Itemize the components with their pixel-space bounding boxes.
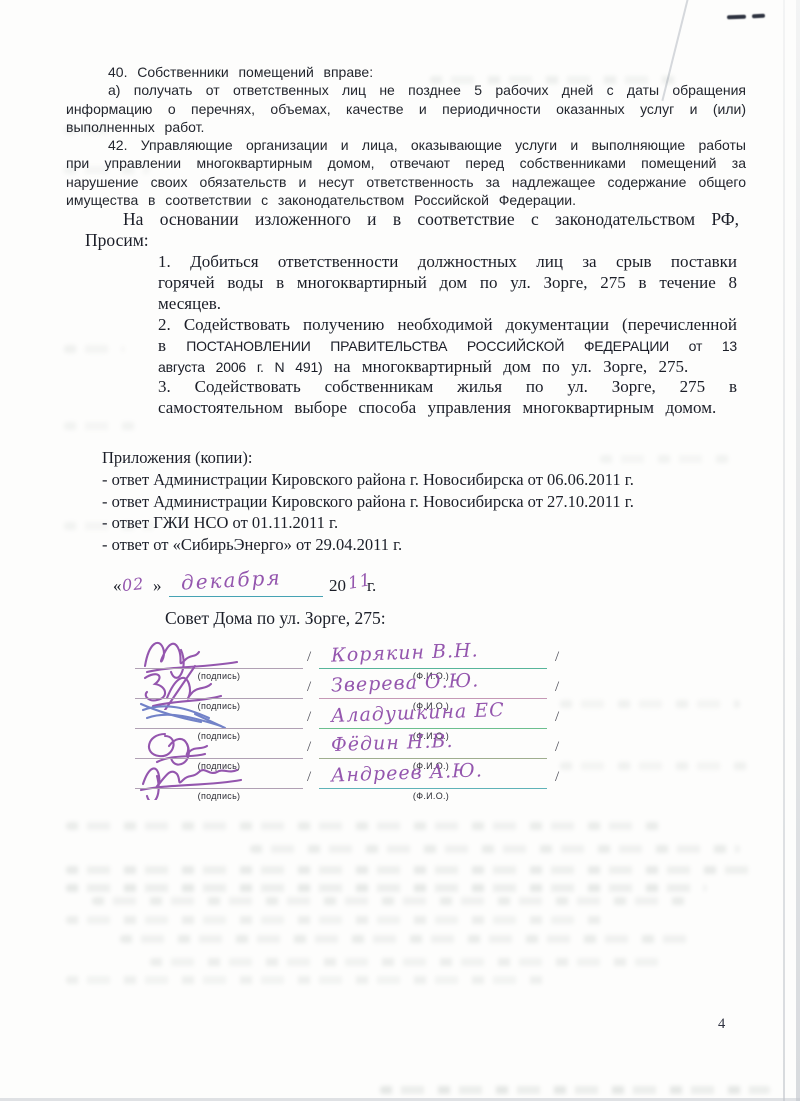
attachment-item: - ответ Администрации Кировского района … <box>102 469 750 491</box>
name-line <box>319 728 547 729</box>
clause-40-title: 40. Собственники помещений вправе: <box>66 63 746 81</box>
bleed-smudge <box>66 822 666 830</box>
separator-slash: / <box>555 769 559 786</box>
attachments-section: Приложения (копии): - ответ Администраци… <box>102 447 750 556</box>
attachment-item: - ответ Администрации Кировского района … <box>102 491 750 513</box>
bleed-smudge <box>92 897 692 905</box>
separator-slash: / <box>307 739 311 756</box>
signature-row: (подпись) / Андреев А.Ю. (Ф.И.О.) / <box>135 764 575 798</box>
petition-item-2-text-end: на многоквартирный дом по ул. Зорге, 275… <box>323 357 689 376</box>
separator-slash: / <box>307 679 311 696</box>
name-line <box>319 788 547 789</box>
clause-40-subitem-a: а) получать от ответственных лиц не позд… <box>66 81 746 136</box>
council-heading: Совет Дома по ул. Зорге, 275: <box>165 608 386 629</box>
attachment-item: - ответ от «СибирьЭнерго» от 29.04.2011 … <box>102 534 750 556</box>
attachments-title: Приложения (копии): <box>102 447 750 469</box>
date-line: « 02 » декабря 20 11 г. <box>113 576 413 606</box>
page-edge-line <box>783 0 785 1101</box>
regulations-section: 40. Собственники помещений вправе: а) по… <box>66 63 746 209</box>
clause-42: 42. Управляющие организации и лица, оказ… <box>66 136 746 209</box>
bleed-smudge <box>380 1086 770 1094</box>
name-line <box>319 758 547 759</box>
separator-slash: / <box>555 679 559 696</box>
signature-caption: (подпись) <box>163 791 275 801</box>
bleed-smudge <box>560 762 750 770</box>
bleed-smudge <box>66 884 706 892</box>
handwritten-name: Корякин В.Н. <box>331 639 479 666</box>
bleed-smudge <box>120 935 700 943</box>
year-suffix: г. <box>367 576 376 596</box>
handwritten-name: Андреев А.Ю. <box>331 759 484 786</box>
scan-edge-band <box>796 0 800 1101</box>
petition-intro: На основании изложенного и в соответстви… <box>85 209 739 230</box>
handwritten-name: Зверева О.Ю. <box>331 669 480 696</box>
separator-slash: / <box>555 649 559 666</box>
scan-mark <box>727 15 746 20</box>
separator-slash: / <box>555 709 559 726</box>
bleed-smudge <box>64 422 136 430</box>
bleed-smudge <box>560 700 740 708</box>
handwritten-day: 02 <box>121 574 145 595</box>
name-line <box>319 668 547 669</box>
scanned-document-page: 40. Собственники помещений вправе: а) по… <box>0 0 800 1101</box>
petition-item-1: 1. Добиться ответственности должностных … <box>158 252 737 315</box>
name-line <box>319 698 547 699</box>
bleed-smudge <box>64 345 124 353</box>
petition-items: 1. Добиться ответственности должностных … <box>158 252 737 419</box>
open-quote: « <box>113 576 122 596</box>
handwritten-name: Фёдин Н.В. <box>331 730 454 756</box>
page-number: 4 <box>718 1016 725 1033</box>
bleed-smudge <box>66 866 756 874</box>
petition-item-2: 2. Содействовать получению необходимой д… <box>158 315 737 378</box>
close-quote: » <box>153 576 162 596</box>
attachment-item: - ответ ГЖИ НСО от 01.11.2011 г. <box>102 512 750 534</box>
separator-slash: / <box>307 769 311 786</box>
separator-slash: / <box>307 709 311 726</box>
bleed-smudge <box>66 976 546 984</box>
separator-slash: / <box>555 739 559 756</box>
petition-request-word: Просим: <box>85 230 149 251</box>
separator-slash: / <box>307 649 311 666</box>
name-caption: (Ф.И.О.) <box>371 791 491 801</box>
printed-century: 20 <box>329 576 346 596</box>
scan-mark <box>752 14 765 19</box>
bleed-smudge <box>250 845 740 853</box>
signature-line <box>135 788 303 789</box>
bleed-smudge <box>150 958 670 966</box>
petition-item-3: 3. Содействовать собственникам жилья по … <box>158 377 737 419</box>
bleed-smudge <box>66 916 606 924</box>
handwritten-name: Аладушкина ЕС <box>331 699 505 727</box>
